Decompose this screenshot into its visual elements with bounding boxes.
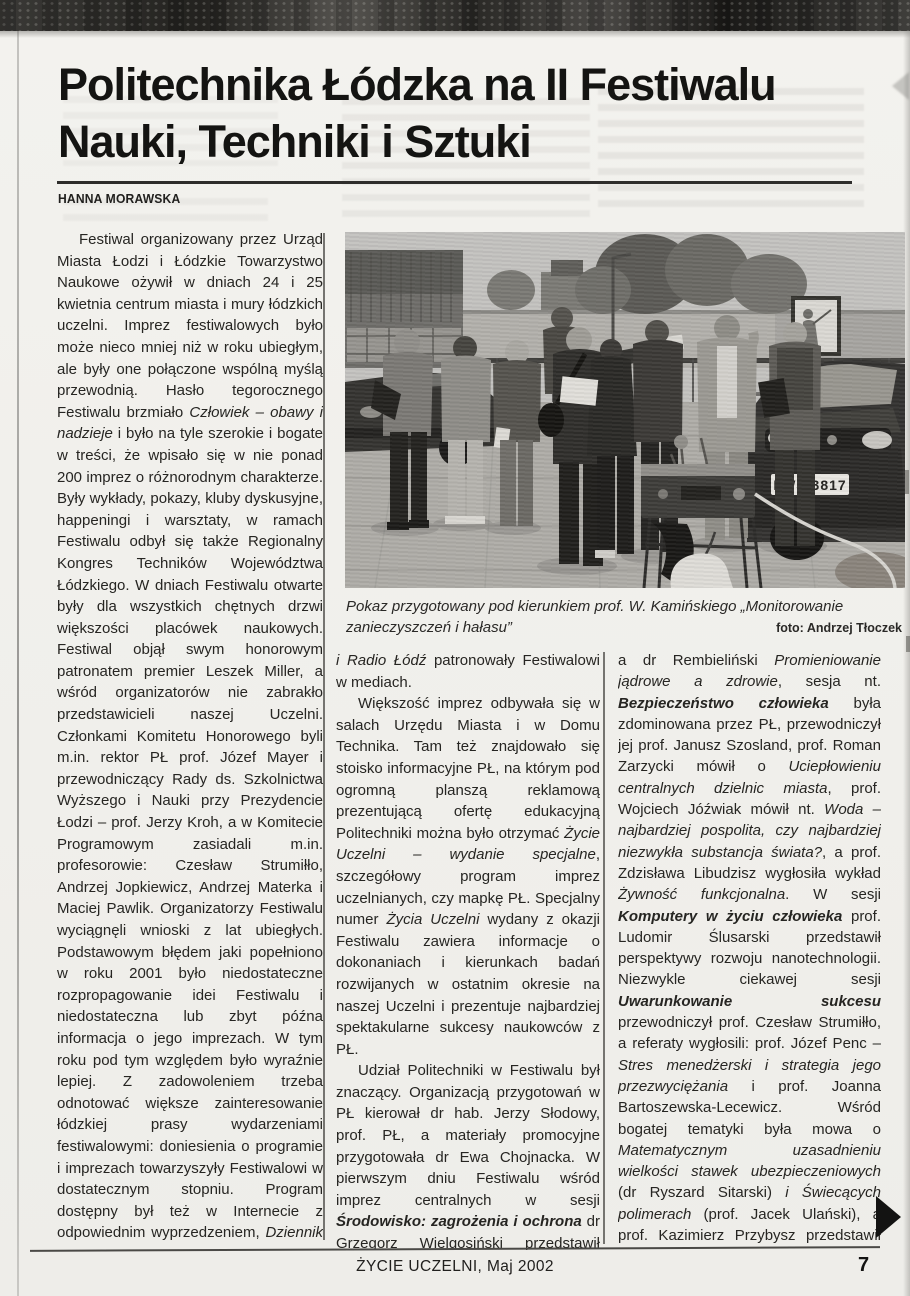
article-paragraph: Udział Politechniki w Festiwalu był znac… [336, 1060, 600, 1250]
session-title: Bezpieczeństwo człowieka [618, 695, 829, 712]
page-top-shadow [0, 31, 910, 38]
column-left: Festiwal organizowany przez Urząd Miasta… [57, 229, 323, 1242]
session-title: Środowisko: zagrożenia i ochrona [336, 1213, 582, 1230]
text-run: a dr Rembieliński [618, 652, 774, 669]
text-run: , sesja nt. [778, 673, 881, 690]
magazine-page-scan: Politechnika Łódzka na II FestiwaluNauki… [0, 0, 910, 1296]
text-run-italic: i Radio Łódź [336, 652, 426, 669]
column-divider [323, 233, 325, 1240]
journal-footer: ŻYCIE UCZELNI, Maj 2002 [0, 1258, 910, 1276]
scan-artifact [905, 470, 909, 494]
text-run-italic: Matematycznym uzasadnieniu wielkości sta… [618, 1142, 881, 1180]
article-paragraph: Festiwal organizowany przez Urząd Miasta… [57, 229, 323, 1242]
photo-caption: Pokaz przygotowany pod kierunkiem prof. … [346, 597, 904, 639]
text-run: wydany z okazji Festiwalu zawiera inform… [336, 911, 600, 1058]
text-run-italic: Żywność funkcjonalna [618, 886, 785, 903]
text-run: . W sesji [785, 886, 881, 903]
title-line-2: Nauki, Techniki i Sztuki [58, 116, 531, 167]
photo-scene: LWS 3817 [345, 232, 905, 588]
scanner-edge-band [0, 0, 910, 31]
bleed-through-arrow [892, 72, 909, 100]
article-photo: LWS 3817 [345, 232, 905, 588]
caption-text: Pokaz przygotowany pod kierunkiem prof. … [346, 598, 843, 636]
author-byline: HANNA MORAWSKA [58, 191, 180, 206]
session-title: Uwarunkowanie sukcesu [618, 993, 881, 1010]
text-run: Udział Politechniki w Festiwalu był znac… [336, 1062, 600, 1209]
scan-artifact [906, 636, 910, 652]
column-right: a dr Rembieliński Promieniowanie jądrowe… [618, 650, 881, 1250]
page-fold-line [17, 31, 19, 1296]
photo-credit: foto: Andrzej Tłoczek [776, 618, 902, 639]
text-run: i było na tyle szerokie i bogate w treśc… [57, 425, 323, 1241]
page-number: 7 [858, 1254, 869, 1277]
article-paragraph: i Radio Łódź patronowały Festiwalowi w m… [336, 650, 600, 693]
column-divider [603, 652, 605, 1244]
session-title: Komputery w życiu człowieka [618, 908, 842, 925]
page-right-edge-shadow [903, 31, 910, 1296]
text-run: Większość imprez odbywała się w salach U… [336, 695, 600, 842]
column-middle: i Radio Łódź patronowały Festiwalowi w m… [336, 650, 600, 1250]
continued-arrow-icon [876, 1196, 901, 1238]
article-paragraph: a dr Rembieliński Promieniowanie jądrowe… [618, 650, 881, 1250]
title-rule [57, 181, 852, 184]
text-run: przewodniczył prof. Czesław Strumiłło, a… [618, 1014, 881, 1052]
title-line-1: Politechnika Łódzka na II Festiwalu [58, 59, 776, 110]
text-run-italic: Życia Uczelni [386, 911, 479, 928]
article-title: Politechnika Łódzka na II FestiwaluNauki… [58, 56, 858, 170]
text-run: (dr Ryszard Sitarski) [618, 1184, 785, 1201]
tower-roofbox [551, 260, 583, 276]
article-paragraph: Większość imprez odbywała się w salach U… [336, 693, 600, 1060]
text-run: Festiwal organizowany przez Urząd Miasta… [57, 231, 323, 421]
